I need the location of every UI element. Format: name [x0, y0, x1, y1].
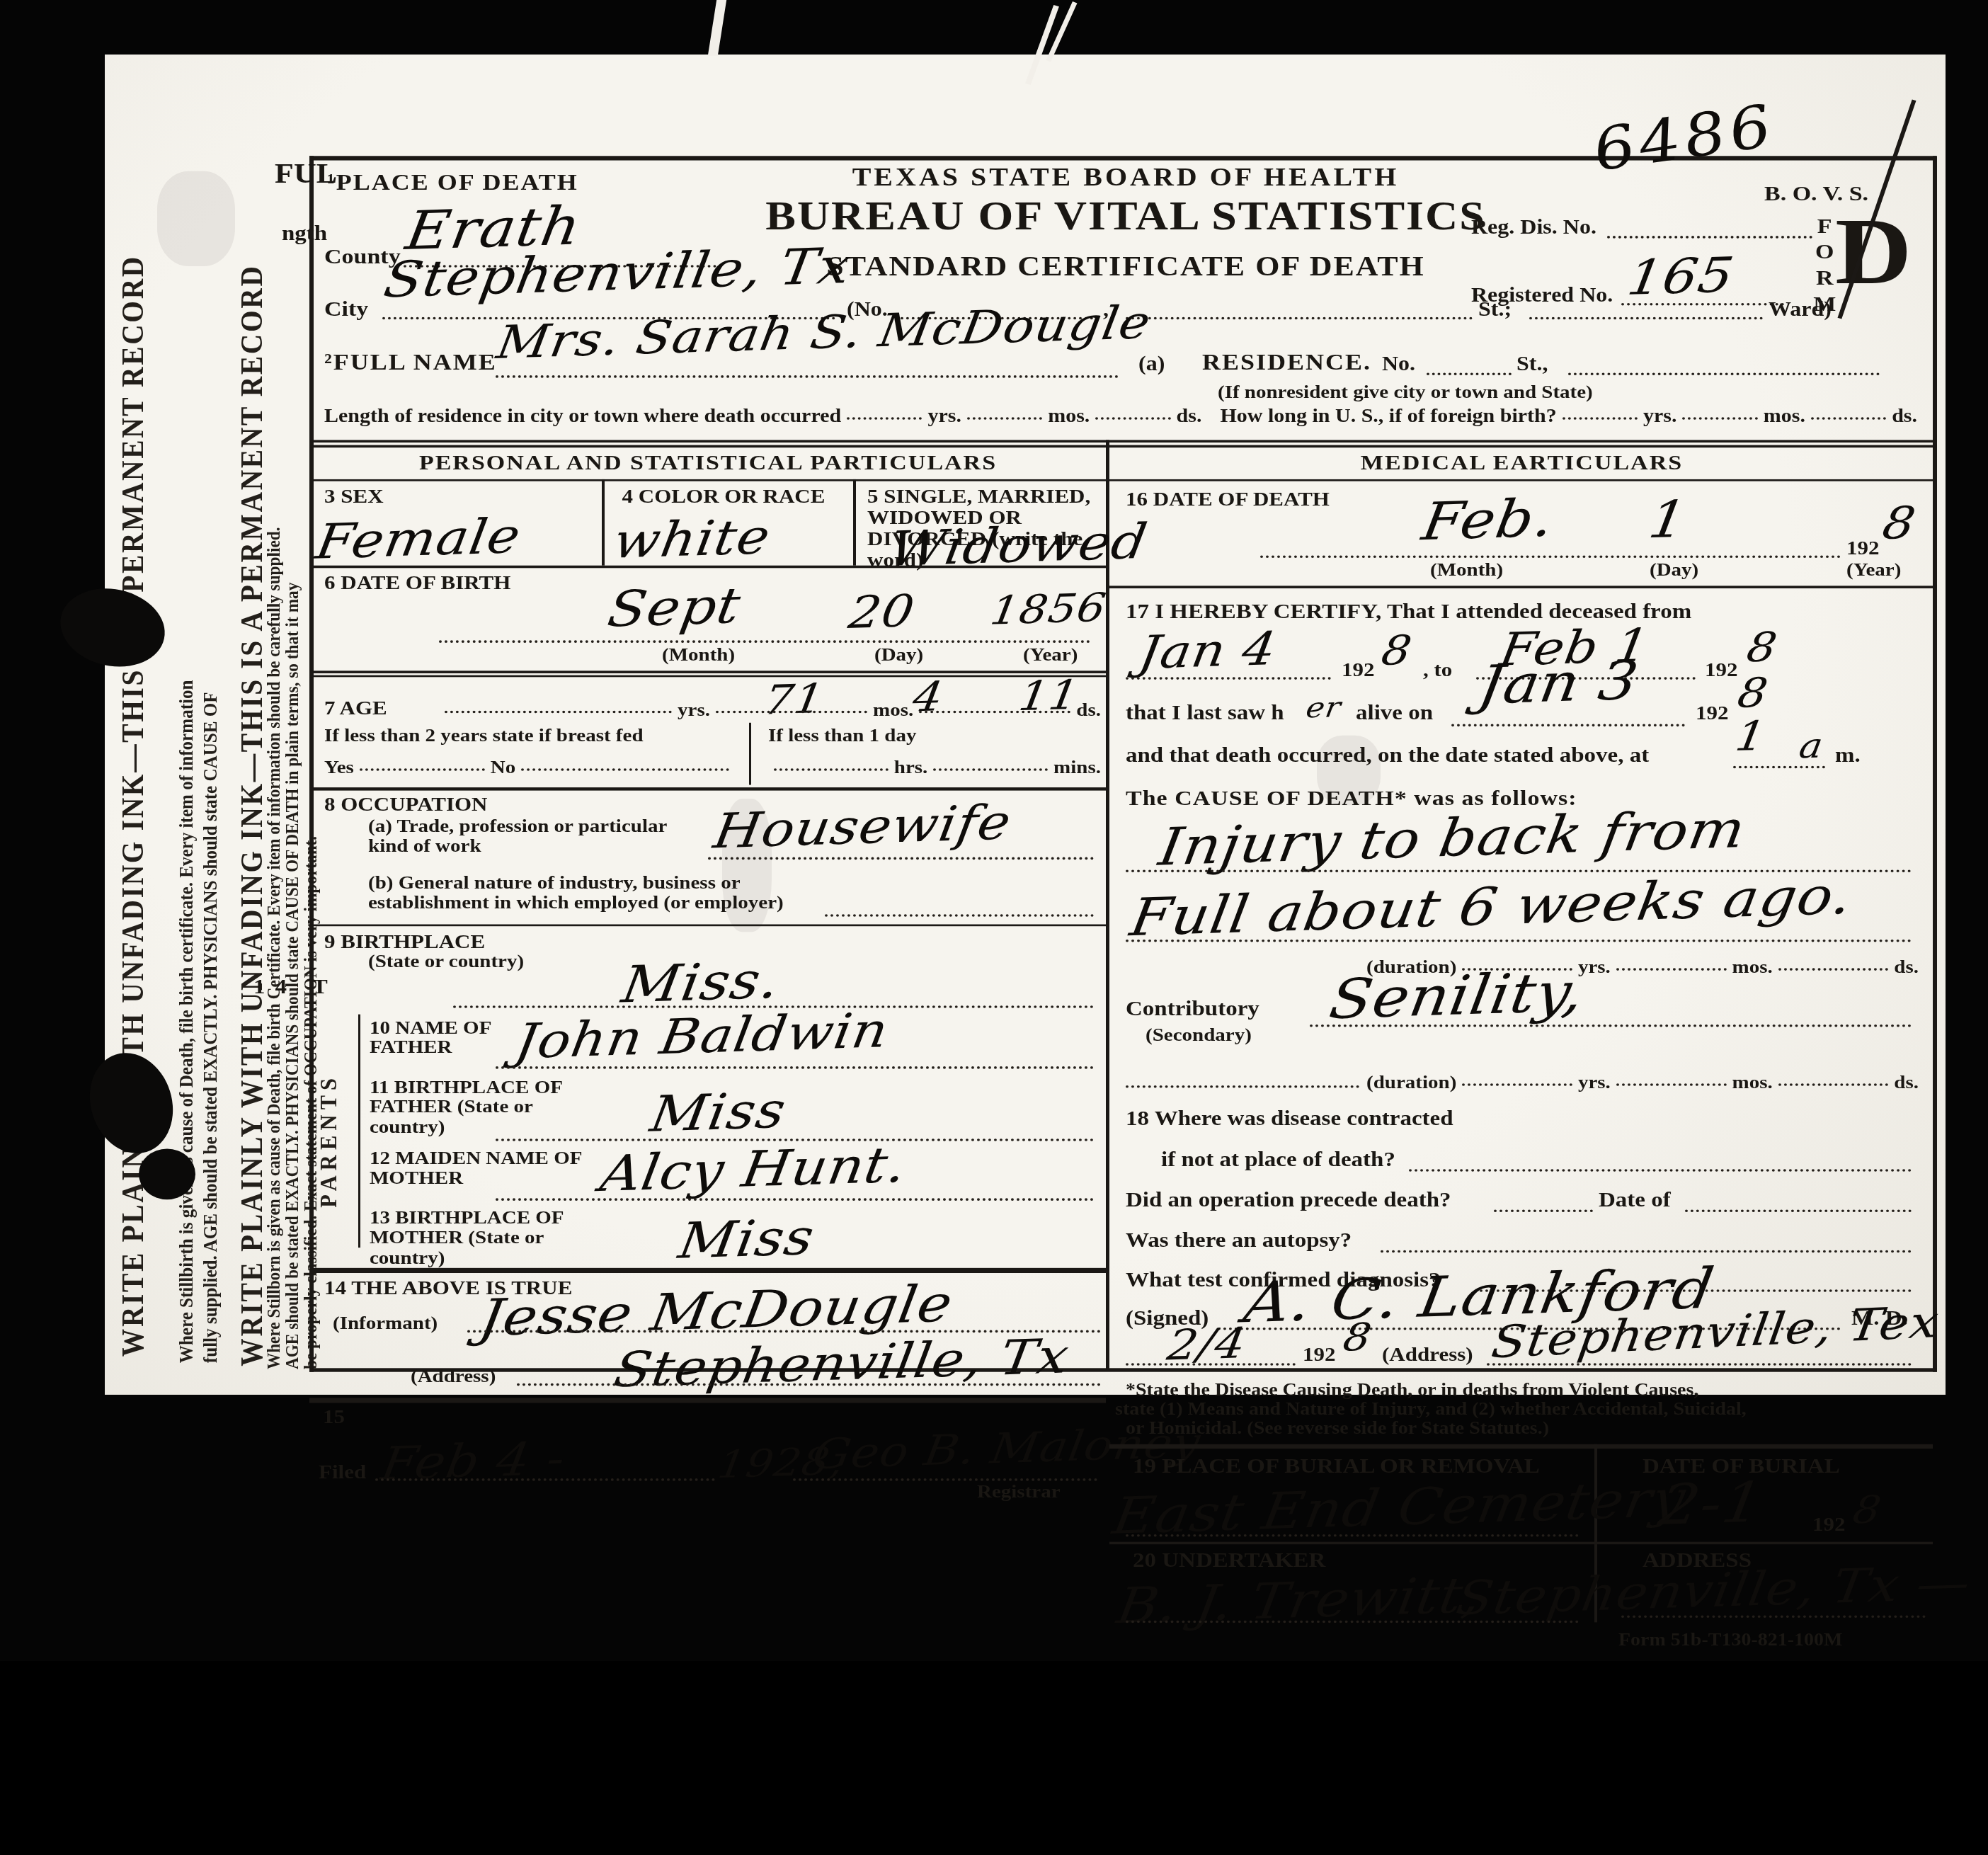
- yrs-label: yrs.: [1578, 1073, 1611, 1094]
- film-scratch: [708, 0, 726, 56]
- duration2-left-line: [1126, 1085, 1359, 1088]
- footnote-line3: or Homicidal. (See reverse side for Stat…: [1126, 1419, 1549, 1438]
- occupation-b-line: [825, 914, 1094, 917]
- length-of-residence-row: Length of residence in city or town wher…: [324, 406, 1917, 427]
- howlong-label: How long in U. S., if of foreign birth?: [1220, 406, 1556, 427]
- mother-line: [496, 1198, 1094, 1201]
- sign-date: 2/4: [1165, 1323, 1249, 1366]
- dotted-leader: [919, 708, 1070, 713]
- contributory-label: Contributory: [1126, 998, 1259, 1021]
- dotted-leader: [1616, 1081, 1727, 1086]
- sex-value: Female: [313, 512, 525, 566]
- dotted-leader: [774, 766, 889, 771]
- residence-st: St.,: [1516, 353, 1548, 375]
- attended-from-line: [1126, 677, 1331, 680]
- reg-dis-label: Reg. Dis. No.: [1471, 215, 1596, 237]
- ds-label: ds.: [1892, 406, 1917, 427]
- dod-day-caption: (Day): [1650, 561, 1698, 581]
- dotted-leader: [933, 766, 1048, 771]
- yrs-label: yrs.: [678, 700, 710, 721]
- age-label: 7 AGE: [324, 697, 387, 719]
- undertaker-address-line: [1621, 1616, 1926, 1619]
- operation-question: Did an operation precede death?: [1126, 1189, 1451, 1212]
- burial-date-value: 2-1: [1655, 1474, 1767, 1533]
- footnote-line2: state (1) Means and Nature of Injury, an…: [1115, 1400, 1747, 1419]
- ds-label: ds.: [1076, 700, 1101, 721]
- burial-year-printed: 192: [1812, 1514, 1846, 1535]
- dob-month: Sept: [605, 581, 744, 635]
- color-value: white: [610, 513, 774, 566]
- city-ward-label: Ward): [1769, 298, 1832, 320]
- dod-year-printed: 192: [1846, 537, 1880, 559]
- thick-rule: [309, 1398, 1106, 1403]
- lessday-label: If less than 1 day: [768, 726, 917, 746]
- column-divider: [1106, 440, 1109, 1369]
- margin-ghost-14t: 14 T: [253, 976, 338, 999]
- dotted-leader: [967, 415, 1042, 420]
- parents-gutter-line: [358, 1015, 360, 1248]
- dotted-leader: [847, 415, 922, 420]
- form-border-bottom: [309, 1368, 1937, 1371]
- city-st-label: St.;: [1478, 298, 1512, 320]
- father-birthplace-label: 11 BIRTHPLACE OF FATHER (State or countr…: [370, 1078, 603, 1137]
- age-units-row: yrs. mos. ds.: [439, 700, 1101, 721]
- father-value: John Baldwin: [512, 1006, 891, 1066]
- burial-value: East End Cemetery: [1109, 1473, 1689, 1542]
- occupation-a-label: (a) Trade, profession or particular kind…: [368, 816, 708, 856]
- dotted-leader: [1778, 1081, 1889, 1086]
- autopsy-question: Was there an autopsy?: [1126, 1230, 1352, 1252]
- dod-month: Feb.: [1419, 493, 1558, 549]
- dotted-leader: [1095, 415, 1170, 420]
- dotted-leader: [716, 708, 867, 713]
- no-label: No: [491, 758, 515, 779]
- form-border-right: [1933, 156, 1937, 1371]
- dotted-leader: [1462, 1081, 1572, 1086]
- secondary-label: (Secondary): [1146, 1026, 1252, 1046]
- footnote-line1: *State the Disease Causing Death, or in …: [1126, 1381, 1698, 1400]
- double-rule: [309, 445, 1935, 448]
- dotted-leader: [445, 708, 672, 713]
- dob-day: 20: [846, 588, 918, 634]
- dotted-leader: [1778, 966, 1889, 971]
- thick-rule: [1109, 1444, 1933, 1449]
- place-of-death-label: ¹PLACE OF DEATH: [327, 170, 578, 195]
- dotted-leader: [1682, 415, 1757, 420]
- mos-label: mos.: [1764, 406, 1805, 427]
- operation-line: [1494, 1209, 1593, 1212]
- contributory-line: [1310, 1024, 1912, 1027]
- form-number: Form 51b-T130-821-100M: [1618, 1631, 1843, 1650]
- ds-label: ds.: [1894, 957, 1919, 978]
- date-of-label: Date of: [1599, 1189, 1671, 1212]
- duration-label: (duration): [1366, 1073, 1456, 1094]
- residence-label: RESIDENCE.: [1202, 350, 1371, 375]
- duration-row-2: (duration) yrs. mos. ds.: [1366, 1073, 1919, 1094]
- registrar-line: [793, 1478, 1097, 1481]
- q18b-line: [1409, 1169, 1912, 1172]
- color-label: 4 COLOR OR RACE: [617, 486, 830, 507]
- yrs-label: yrs.: [927, 406, 961, 427]
- q18b-label: if not at place of death?: [1161, 1149, 1395, 1172]
- occupation-label: 8 OCCUPATION: [324, 794, 488, 815]
- mother-birthplace-value: Miss: [675, 1213, 818, 1267]
- yrs-label: yrs.: [1643, 406, 1677, 427]
- parents-label: PARENTS: [316, 1017, 343, 1208]
- undertaker-label: 20 UNDERTAKER: [1133, 1549, 1325, 1572]
- dotted-leader: [521, 766, 729, 771]
- sign-address-line: [1487, 1363, 1912, 1366]
- q18-label: 18 Where was disease contracted: [1126, 1108, 1453, 1131]
- lastsaw-pre: that I last saw h: [1126, 702, 1284, 725]
- mother-birthplace-label: 13 BIRTHPLACE OF MOTHER (State or countr…: [370, 1209, 603, 1268]
- reg-dis-line: [1607, 236, 1812, 239]
- breastfed-label: If less than 2 years state if breast fed: [324, 726, 644, 746]
- nonresident-note: (If nonresident give city or town and St…: [1218, 383, 1593, 403]
- city-value: Stephenville, Tx: [381, 241, 855, 305]
- sex-label: 3 SEX: [324, 486, 384, 507]
- row-rule: [309, 925, 1106, 927]
- bureau-title: BUREAU OF VITAL STATISTICS: [736, 194, 1515, 238]
- lastsaw-hw: er: [1304, 694, 1344, 723]
- board-title: TEXAS STATE BOARD OF HEALTH: [772, 164, 1480, 191]
- row-rule: [309, 670, 1106, 673]
- dob-label: 6 DATE OF BIRTH: [324, 572, 510, 593]
- registered-value: 165: [1624, 251, 1737, 302]
- city-st-line: [1126, 317, 1473, 320]
- row-rule: [309, 675, 1106, 678]
- length-label: Length of residence in city or town wher…: [324, 406, 841, 427]
- birthplace-label: 9 BIRTHPLACE: [324, 930, 485, 952]
- dob-month-caption: (Month): [662, 646, 735, 666]
- informant-label: (Informant): [333, 1313, 438, 1333]
- filed-label: Filed: [319, 1461, 366, 1483]
- dob-year-caption: (Year): [1023, 646, 1078, 666]
- burial-line: [1126, 1534, 1579, 1537]
- to-year-printed: 192: [1705, 659, 1738, 680]
- residence-a: (a): [1138, 353, 1165, 375]
- yes-no-row: Yes No: [324, 758, 735, 779]
- medical-section-title: MEDICAL EARTICULARS: [1109, 452, 1934, 475]
- lastsaw-post: alive on: [1356, 702, 1433, 725]
- from-year-printed: 192: [1342, 659, 1375, 680]
- father-line: [496, 1066, 1094, 1069]
- city-ward-line: [1529, 317, 1763, 320]
- scanned-death-certificate: WRITE PLAINLY WITH UNFADING INK—THIS IS …: [0, 0, 1988, 1661]
- row-rule: [1109, 586, 1933, 588]
- dotted-leader: [360, 766, 485, 771]
- lastsaw-year-printed: 192: [1696, 702, 1729, 724]
- ds-label: ds.: [1177, 406, 1202, 427]
- undertaker-address-value: Stephenville, Tx —: [1453, 1559, 1974, 1622]
- filed-line: [375, 1478, 715, 1481]
- undertaker-line: [1126, 1621, 1579, 1623]
- mos-label: mos.: [873, 700, 913, 721]
- section-title-rule: [309, 479, 1106, 481]
- to-label: , to: [1423, 659, 1452, 680]
- mins-label: mins.: [1053, 758, 1101, 779]
- margin-note-1b: fully supplied. AGE should be stated EXA…: [200, 95, 222, 1363]
- birthplace-caption: (State or country): [368, 952, 524, 972]
- margin-ghost-ngth: ngth: [282, 223, 327, 246]
- mos-label: mos.: [1732, 1073, 1773, 1094]
- date-of-death-label: 16 DATE OF DEATH: [1126, 488, 1330, 509]
- row-rule: [309, 787, 1106, 790]
- standard-title: STANDARD CERTIFICATE OF DEATH: [772, 251, 1480, 282]
- informant-address-line: [517, 1383, 1101, 1386]
- dob-line: [439, 640, 1090, 643]
- cell-divider: [602, 479, 605, 566]
- occupation-a-line: [708, 857, 1094, 860]
- city-label: City: [324, 298, 368, 321]
- thick-rule: [309, 1268, 1106, 1273]
- occupation-b-label: (b) General nature of industry, business…: [368, 874, 821, 913]
- scan-smudge: [157, 171, 235, 266]
- hrs-label: hrs.: [894, 758, 928, 779]
- cell-divider: [853, 479, 856, 566]
- hrs-mins-row: hrs. mins.: [768, 758, 1101, 779]
- fullname-label: ²FULL NAME: [324, 350, 497, 375]
- mother-value: Alcy Hunt.: [597, 1140, 910, 1199]
- occurred-text: and that death occurred, on the date sta…: [1126, 745, 1649, 767]
- autopsy-line: [1381, 1250, 1912, 1253]
- lastsaw-value: Jan 3: [1475, 653, 1642, 712]
- dotted-leader: [1616, 966, 1727, 971]
- registrar-label: Registrar: [977, 1482, 1061, 1502]
- residence-no-line: [1427, 373, 1512, 376]
- dob-day-caption: (Day): [874, 646, 923, 666]
- birthplace-value: Miss.: [619, 955, 784, 1010]
- age-sub-divider: [749, 723, 751, 785]
- ink-blob: [139, 1149, 195, 1200]
- sign-address-label: (Address): [1382, 1344, 1473, 1365]
- row-rule: [309, 566, 1106, 569]
- occurred-line: [1733, 766, 1825, 769]
- row-rule: [1109, 1542, 1933, 1545]
- residence-no: No.: [1382, 353, 1415, 375]
- dob-year: 1856: [988, 588, 1109, 631]
- section-title-rule: [1109, 479, 1933, 481]
- dod-line: [1260, 555, 1841, 558]
- occurred-m: m.: [1835, 745, 1861, 767]
- ds-label: ds.: [1894, 1073, 1919, 1094]
- mother-label: 12 MAIDEN NAME OF MOTHER: [370, 1149, 603, 1189]
- dotted-leader: [1563, 415, 1638, 420]
- cause-line2-rule: [1126, 940, 1912, 942]
- attended-from-value: Jan 4: [1136, 625, 1279, 675]
- informant-address-label: (Address): [411, 1367, 496, 1387]
- dotted-leader: [1811, 415, 1886, 420]
- occupation-a-value: Housewife: [710, 798, 1014, 855]
- double-rule: [309, 440, 1935, 443]
- father-birthplace-value: Miss: [647, 1086, 789, 1140]
- date-of-line: [1685, 1209, 1912, 1212]
- burial-year-hw: 8: [1851, 1490, 1885, 1529]
- dod-month-caption: (Month): [1430, 561, 1503, 581]
- form-border-left: [309, 156, 314, 1371]
- lastsaw-line: [1451, 724, 1685, 727]
- dod-year-caption: (Year): [1846, 561, 1901, 581]
- contributory-value: Senility,: [1326, 965, 1588, 1027]
- mos-label: mos.: [1048, 406, 1090, 427]
- fullname-line: [496, 375, 1119, 378]
- filed-number: 15: [323, 1406, 345, 1427]
- residence-st-line: [1568, 373, 1880, 376]
- sign-year-printed: 192: [1303, 1344, 1336, 1365]
- mos-label: mos.: [1732, 957, 1773, 978]
- sign-date-line: [1126, 1363, 1296, 1366]
- personal-section-title: PERSONAL AND STATISTICAL PARTICULARS: [312, 452, 1104, 475]
- yes-label: Yes: [324, 758, 354, 779]
